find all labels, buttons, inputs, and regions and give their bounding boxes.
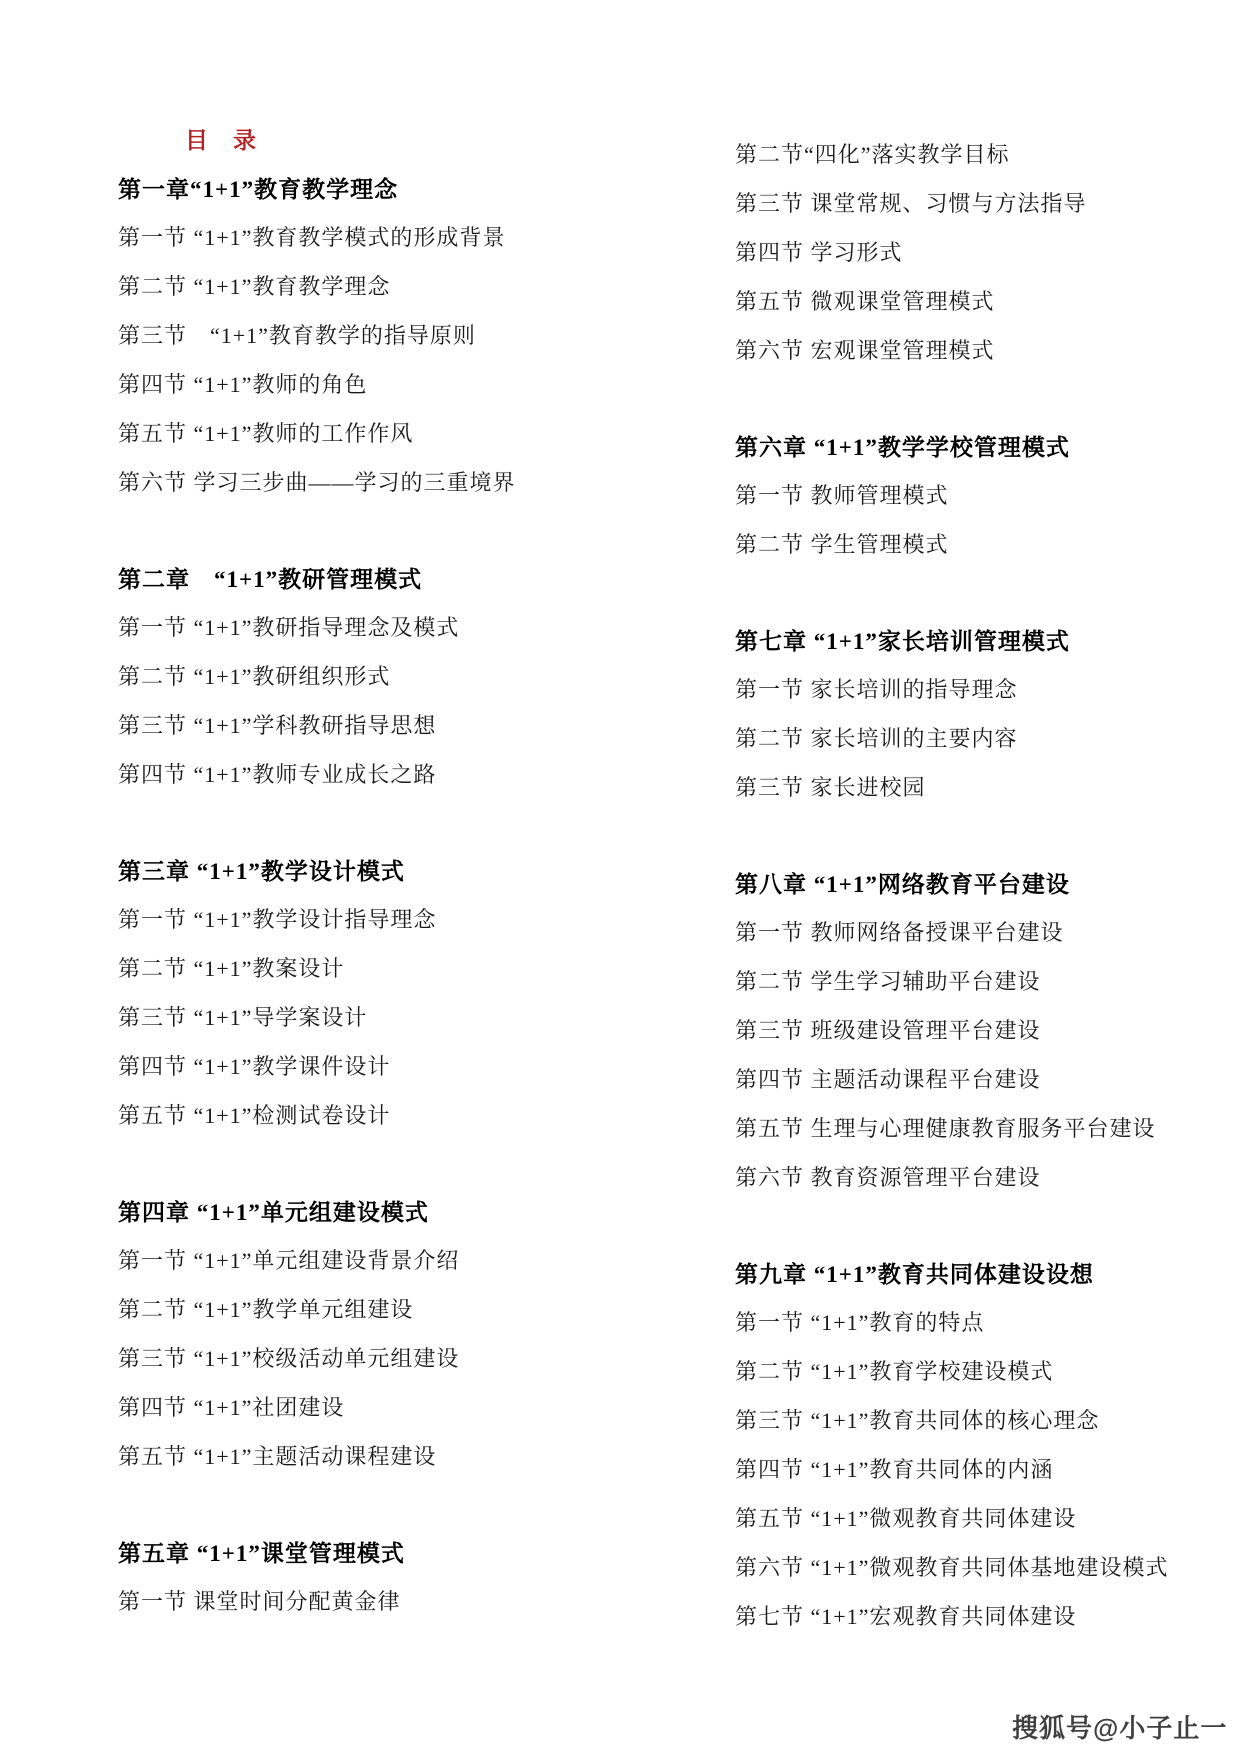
toc-chapter-line: 第三章 “1+1”教学设计模式	[118, 845, 516, 894]
toc-section-line: 第一节 教师网络备授课平台建设	[735, 907, 1168, 956]
toc-section-line: 第三节 “1+1”教育共同体的核心理念	[735, 1395, 1168, 1444]
toc-section-line: 第三节 课堂常规、习惯与方法指导	[735, 178, 1168, 227]
toc-section-line: 第三节 班级建设管理平台建设	[735, 1005, 1168, 1054]
toc-section-line: 第二节 “1+1”教育学校建设模式	[735, 1346, 1168, 1395]
toc-section-line: 第三节 家长进校园	[735, 762, 1168, 811]
toc-section-line: 第三节 “1+1”教育教学的指导原则	[118, 310, 516, 359]
toc-section-line: 第一节 “1+1”教研指导理念及模式	[118, 602, 516, 651]
toc-section-line: 第六节 教育资源管理平台建设	[735, 1152, 1168, 1201]
toc-section-line: 第四节 “1+1”社团建设	[118, 1382, 516, 1431]
toc-section-line: 第一节 “1+1”教育的特点	[735, 1297, 1168, 1346]
toc-section-line: 第二节 “1+1”教研组织形式	[118, 651, 516, 700]
document-page: 目 录第一章“1+1”教育教学理念第一节 “1+1”教育教学模式的形成背景第二节…	[0, 0, 1240, 1754]
toc-right-column: 第二节“四化”落实教学目标第三节 课堂常规、习惯与方法指导第四节 学习形式第五节…	[735, 129, 1168, 1640]
toc-section-line: 第三节 “1+1”导学案设计	[118, 992, 516, 1041]
toc-chapter-line: 第八章 “1+1”网络教育平台建设	[735, 858, 1168, 907]
toc-chapter-line: 第四章 “1+1”单元组建设模式	[118, 1186, 516, 1235]
toc-section-line: 第三节 “1+1”学科教研指导思想	[118, 700, 516, 749]
toc-section-line: 第一节 “1+1”教学设计指导理念	[118, 894, 516, 943]
toc-section-line: 第一节 “1+1”单元组建设背景介绍	[118, 1235, 516, 1284]
toc-section-line: 第二节 学生学习辅助平台建设	[735, 956, 1168, 1005]
toc-section-line: 第五节 “1+1”微观教育共同体建设	[735, 1493, 1168, 1542]
toc-chapter-line: 第九章 “1+1”教育共同体建设设想	[735, 1248, 1168, 1297]
toc-section-line: 第五节 “1+1”主题活动课程建设	[118, 1431, 516, 1480]
toc-section-line: 第五节 生理与心理健康教育服务平台建设	[735, 1103, 1168, 1152]
toc-section-line: 第二节“四化”落实教学目标	[735, 129, 1168, 178]
toc-left-column: 目 录第一章“1+1”教育教学理念第一节 “1+1”教育教学模式的形成背景第二节…	[118, 114, 516, 1625]
toc-section-line: 第四节 “1+1”教师专业成长之路	[118, 749, 516, 798]
toc-section-line: 第二节 家长培训的主要内容	[735, 713, 1168, 762]
toc-section-line: 第二节 “1+1”教育教学理念	[118, 261, 516, 310]
watermark: 搜狐号@小子止一	[1012, 1708, 1227, 1745]
toc-section-line: 第四节 主题活动课程平台建设	[735, 1054, 1168, 1103]
toc-section-line: 第一节 教师管理模式	[735, 470, 1168, 519]
toc-chapter-line: 第一章“1+1”教育教学理念	[118, 163, 516, 212]
toc-chapter-line: 第七章 “1+1”家长培训管理模式	[735, 615, 1168, 664]
toc-section-line: 第二节 学生管理模式	[735, 519, 1168, 568]
toc-section-line: 第三节 “1+1”校级活动单元组建设	[118, 1333, 516, 1382]
toc-section-line: 第六节 宏观课堂管理模式	[735, 325, 1168, 374]
toc-section-line: 第一节 课堂时间分配黄金律	[118, 1576, 516, 1625]
toc-section-line: 第二节 “1+1”教案设计	[118, 943, 516, 992]
toc-section-line: 第四节 “1+1”教师的角色	[118, 359, 516, 408]
toc-section-line: 第二节 “1+1”教学单元组建设	[118, 1284, 516, 1333]
toc-section-line: 第六节 学习三步曲——学习的三重境界	[118, 457, 516, 506]
toc-section-line: 第五节 “1+1”检测试卷设计	[118, 1090, 516, 1139]
toc-chapter-line: 第六章 “1+1”教学学校管理模式	[735, 421, 1168, 470]
toc-section-line: 第四节 学习形式	[735, 227, 1168, 276]
toc-section-line: 第五节 微观课堂管理模式	[735, 276, 1168, 325]
toc-section-line: 第五节 “1+1”教师的工作作风	[118, 408, 516, 457]
toc-section-line: 第一节 家长培训的指导理念	[735, 664, 1168, 713]
toc-section-line: 第一节 “1+1”教育教学模式的形成背景	[118, 212, 516, 261]
toc-chapter-line: 第五章 “1+1”课堂管理模式	[118, 1527, 516, 1576]
toc-section-line: 第六节 “1+1”微观教育共同体基地建设模式	[735, 1542, 1168, 1591]
toc-section-line: 第四节 “1+1”教学课件设计	[118, 1041, 516, 1090]
toc-section-line: 第七节 “1+1”宏观教育共同体建设	[735, 1591, 1168, 1640]
toc-chapter-line: 第二章 “1+1”教研管理模式	[118, 553, 516, 602]
toc-section-line: 第四节 “1+1”教育共同体的内涵	[735, 1444, 1168, 1493]
toc-title: 目 录	[118, 114, 516, 163]
